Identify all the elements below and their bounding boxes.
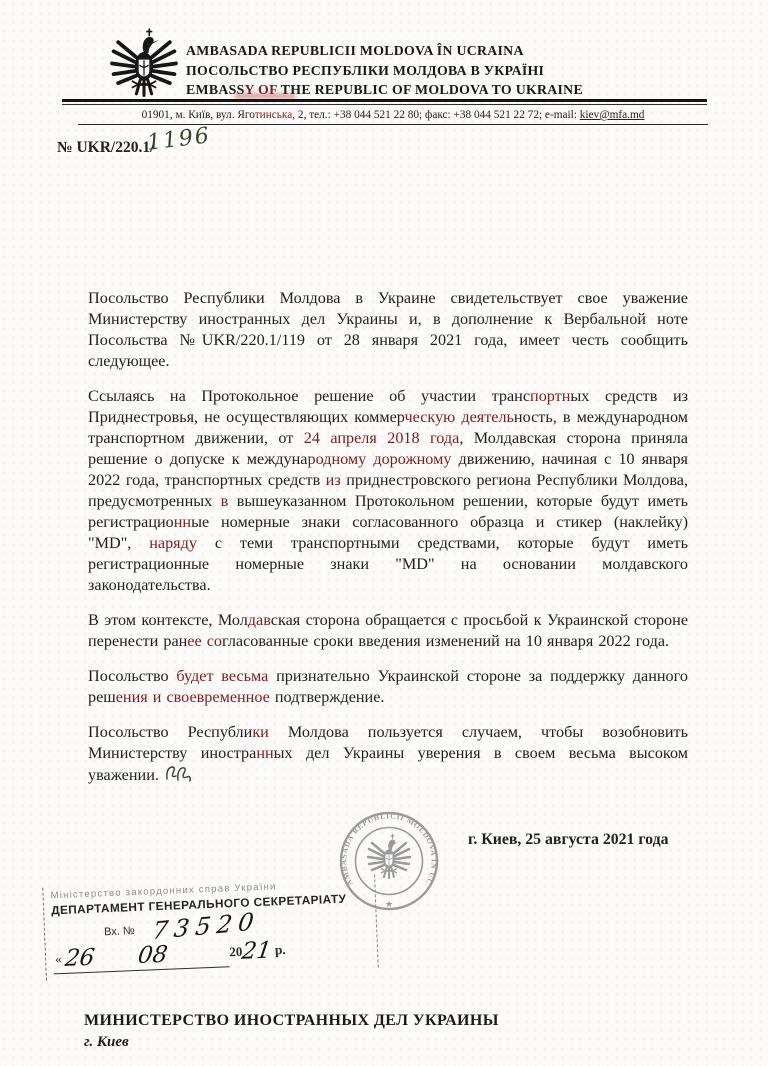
stamp-month-handwritten: 08	[136, 942, 169, 969]
stamp-year-suffix: р.	[274, 942, 285, 957]
header-rule-thick	[62, 99, 707, 102]
handwritten-initials	[164, 764, 194, 784]
reference-number-printed: № UKR/220.1/	[57, 139, 154, 157]
letterhead-titles: AMBASADA REPUBLICII MOLDOVA ÎN UCRAINA П…	[186, 41, 583, 100]
paragraph-5: Посольство Республики Молдова пользуется…	[88, 722, 688, 786]
stamp-year-handwritten: 21	[241, 937, 274, 964]
seal-eagle-icon	[368, 834, 410, 878]
stamp-open-quote: «	[55, 951, 62, 966]
paragraph-2: Ссылаясь на Протокольное решение об учас…	[88, 386, 688, 596]
stamp-day-handwritten: 26	[63, 945, 96, 972]
moldova-coat-of-arms-icon	[106, 27, 182, 109]
reference-number-handwritten: 1196	[146, 123, 213, 156]
seal-star-icon: ★	[385, 899, 393, 909]
header-rule-thin	[62, 104, 707, 105]
embassy-title-romanian: AMBASADA REPUBLICII MOLDOVA ÎN UCRAINA	[186, 41, 583, 61]
embassy-address-line: 01901, м. Київ, вул. Яготинська, 2, тел.…	[78, 109, 708, 125]
stamp-incoming-label: Вх. №	[104, 925, 135, 938]
note-body: Посольство Республики Молдова в Украине …	[88, 288, 688, 800]
addressee-ministry: МИНИСТЕРСТВО ИНОСТРАННЫХ ДЕЛ УКРАИНЫ	[84, 1012, 499, 1030]
addressee-city: г. Киев	[84, 1034, 129, 1051]
scanned-diplomatic-note: AMBASADA REPUBLICII MOLDOVA ÎN UCRAINA П…	[0, 0, 768, 1066]
place-and-date-line: г. Киев, 25 августа 2021 года	[468, 831, 669, 849]
paragraph-4: Посольство будет весьма признательно Укр…	[88, 666, 688, 708]
embassy-title-ukrainian: ПОСОЛЬСТВО РЕСПУБЛІКИ МОЛДОВА В УКРАЇНІ	[186, 61, 583, 81]
paragraph-3: В этом контексте, Молдавская сторона обр…	[88, 610, 688, 652]
paragraph-1: Посольство Республики Молдова в Украине …	[88, 288, 688, 372]
incoming-registration-stamp: Міністерство закордонних справ України Д…	[42, 874, 378, 980]
